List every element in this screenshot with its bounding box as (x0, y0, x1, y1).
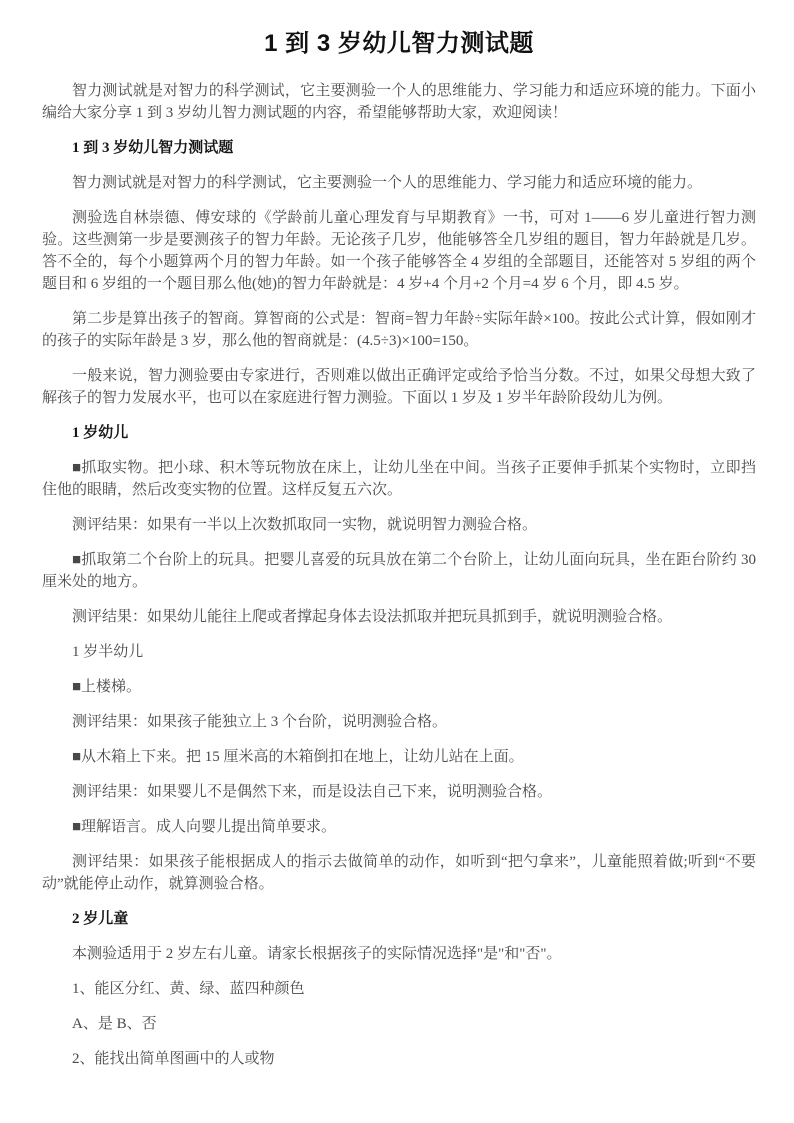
question-1: 1、能区分红、黄、绿、蓝四种颜色 (42, 978, 756, 1000)
step-toy-item: ■抓取第二个台阶上的玩具。把婴儿喜爱的玩具放在第二个台阶上，让幼儿面向玩具，坐在… (42, 549, 756, 593)
doc-title: 1 到 3 岁幼儿智力测试题 (42, 28, 756, 60)
question-1-options: A、是 B、否 (42, 1013, 756, 1035)
definition-paragraph: 智力测试就是对智力的科学测试，它主要测验一个人的思维能力、学习能力和适应环境的能… (42, 172, 756, 194)
question-2: 2、能找出简单图画中的人或物 (42, 1048, 756, 1070)
wooden-box-item: ■从木箱上下来。把 15 厘米高的木箱倒扣在地上，让幼儿站在上面。 (42, 746, 756, 768)
age-1-heading: 1 岁幼儿 (42, 422, 756, 444)
age-2-heading: 2 岁儿童 (42, 908, 756, 930)
doc-body: 智力测试就是对智力的科学测试，它主要测验一个人的思维能力、学习能力和适应环境的能… (42, 80, 756, 1070)
climb-stairs-item: ■上楼梯。 (42, 676, 756, 698)
intro-paragraph: 智力测试就是对智力的科学测试，它主要测验一个人的思维能力、学习能力和适应环境的能… (42, 80, 756, 124)
step-toy-result: 测评结果：如果幼儿能往上爬或者撑起身体去设法抓取并把玩具抓到手，就说明测验合格。 (42, 606, 756, 628)
expert-note-paragraph: 一般来说，智力测验要由专家进行，否则难以做出正确评定或给予恰当分数。不过，如果父… (42, 365, 756, 409)
document-page: 1 到 3 岁幼儿智力测试题 智力测试就是对智力的科学测试，它主要测验一个人的思… (0, 0, 794, 1123)
test-source-paragraph: 测验选自林崇德、傅安球的《学龄前儿童心理发育与早期教育》一书，可对 1——6 岁… (42, 207, 756, 295)
climb-stairs-result: 测评结果：如果孩子能独立上 3 个台阶，说明测验合格。 (42, 711, 756, 733)
iq-formula-paragraph: 第二步是算出孩子的智商。算智商的公式是：智商=智力年龄÷实际年龄×100。按此公… (42, 308, 756, 352)
grab-object-item: ■抓取实物。把小球、积木等玩物放在床上，让幼儿坐在中间。当孩子正要伸手抓某个实物… (42, 457, 756, 501)
age-2-intro: 本测验适用于 2 岁左右儿童。请家长根据孩子的实际情况选择"是"和"否"。 (42, 943, 756, 965)
understand-language-item: ■理解语言。成人向婴儿提出简单要求。 (42, 816, 756, 838)
section-heading-main: 1 到 3 岁幼儿智力测试题 (42, 137, 756, 159)
grab-object-result: 测评结果：如果有一半以上次数抓取同一实物，就说明智力测验合格。 (42, 514, 756, 536)
understand-language-result: 测评结果：如果孩子能根据成人的指示去做简单的动作，如听到“把勺拿来”，儿童能照着… (42, 851, 756, 895)
age-1-5-subheading: 1 岁半幼儿 (42, 641, 756, 663)
wooden-box-result: 测评结果：如果婴儿不是偶然下来，而是设法自己下来，说明测验合格。 (42, 781, 756, 803)
